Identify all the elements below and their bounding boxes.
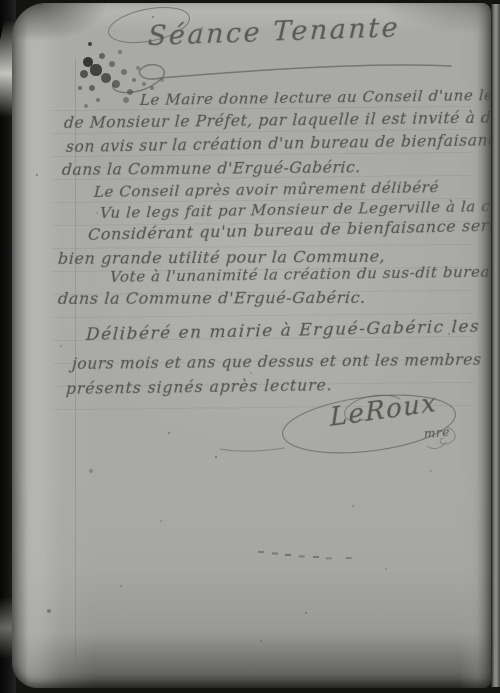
manuscript-line: dans la Commune d'Ergué-Gabéric. [61,158,361,179]
manuscript-line: présents signés après lecture. [65,376,333,398]
manuscript-line: dans la Commune d'Ergué-Gabéric. [57,288,366,308]
bleed-through-dashes [258,551,264,553]
page-edge-strip [491,4,500,687]
foxing-spots [0,0,2,2]
photograph: Séance Tenante Le Maire donne lecture au… [0,0,500,693]
signature-suffix: mre [424,425,450,441]
ink-splatter [88,42,92,46]
